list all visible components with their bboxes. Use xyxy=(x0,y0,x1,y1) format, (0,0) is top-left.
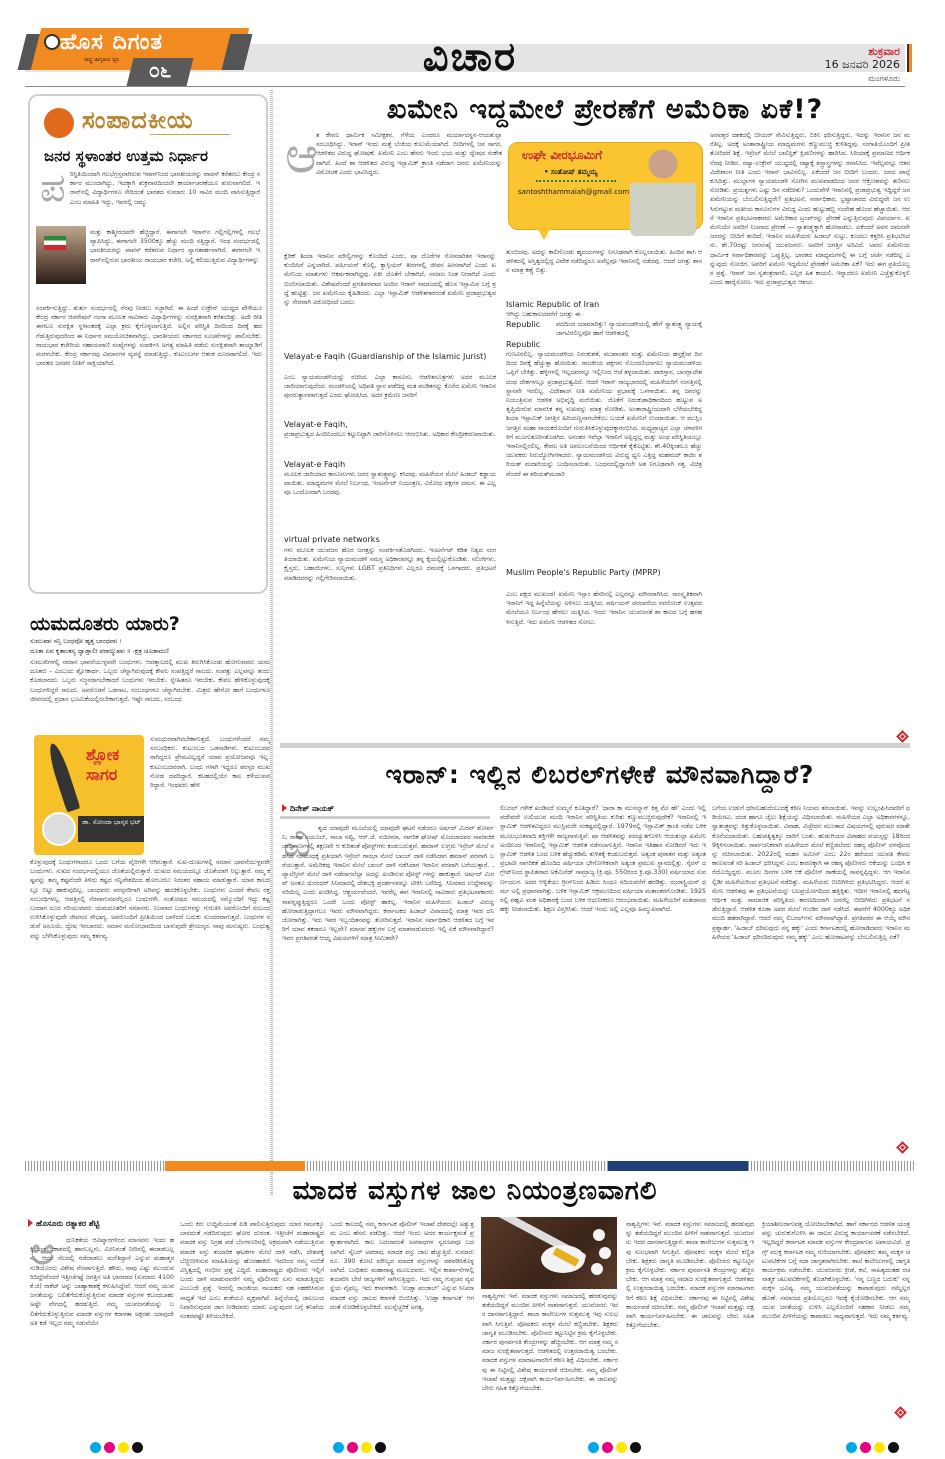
shloka-verse-2: ದೂತಾ ಏವ ಕೃತಾಂತಸ್ಯ ದ್ವಾಡ್ತಾಲೀ ಪರಾಙ್ಮುಖಾಃ … xyxy=(30,647,270,657)
story1-col1-e: ಗಳು ಮೂಲಕ ಯುವಜನ ಹೊರ ಜಗತ್ತನ್ನು ಸಂಪರ್ಕಿಸತೊಡ… xyxy=(284,546,496,738)
byline-rule xyxy=(280,816,490,819)
paper-name[interactable]: ಹೊಸ ದಿಗಂತ xyxy=(60,30,163,55)
end-of-article-icon xyxy=(896,730,909,743)
editorial-body-rest: ಸಂಪರ್ಕಿಸುತ್ತಿದ್ದು, ತುರ್ತು ಸಂದರ್ಭದಲ್ಲಿ ನೆ… xyxy=(36,304,262,588)
speech-bubble-tail xyxy=(536,226,552,240)
story1-latin-irr: Islamic Republic of Iran xyxy=(506,300,702,310)
story3-col3b: ನಾಶ್ವಪ್ತಿಗಳು ಇವೆ. ಮಾದಕ ವಸ್ತುಗಳು ಸಮಾಜದಲ್ಲ… xyxy=(482,1292,618,1406)
shloka-author: ಡಾ. ಸೋಂದಾ ಭಾಸ್ಕರ ಭಟ್ xyxy=(78,816,144,842)
story1-col1-d: ಮೂಲಕ ಜಾರಿಯಾದ ಕಾನೂನುಗಳು ಜನರ ಸ್ವಾತಂತ್ರ್ಯವನ… xyxy=(284,470,496,534)
story2-byline: ದಿನೇಶ್ ನಾಯಕ್ xyxy=(282,804,334,814)
story1-col1-c: ಪ್ರಜಾಪ್ರಭುತ್ವದ ಹಿಂದಿನಿಂದಲೂ ಕಟ್ಟುನಿಟ್ಟಾಗಿ… xyxy=(284,430,496,458)
story1-latin-republic: Republic xyxy=(506,320,556,330)
column-separator xyxy=(270,90,273,1195)
ornament-divider xyxy=(150,134,230,140)
story1-latin-vpn: virtual private networks xyxy=(284,535,496,545)
dotted-divider xyxy=(536,180,616,182)
story3-byline: ಹೊಸೂರು ರತ್ನಾಕರ ಶೆಟ್ಟಿ xyxy=(28,1219,99,1229)
iran-protest-photo xyxy=(36,226,86,284)
editorial-section-label: ಸಂಪಾದಕೀಯ xyxy=(82,106,194,134)
story1-col2-e: ಎಂಬ ಪಕ್ಷದ ಮುಖಂಡ! ಖಮೇನಿ ಇಸ್ಲಾಂ ಹೆಸರಿನಲ್ಲಿ… xyxy=(506,590,702,738)
story1-latin-mprp: Muslim People's Republic Party (MPRP) xyxy=(506,568,702,588)
registration-marks xyxy=(333,1442,386,1453)
columnist-photo xyxy=(630,140,696,236)
story2-col2: ಲಿಬರಲ್ ಗಳೇಕೆ ಖಂಡಿಸದೆ ಸುಮ್ಮನೆ ಕೂತಿದ್ದಾರೆ?… xyxy=(500,804,706,1152)
story1-col2-c: ಪದದಿಂದ ಯಾಮಾರಿತ್ತು! ನ್ಯಾಯಮಂಡಳಿಯಲ್ಲಿ ಹೇಗೆ … xyxy=(556,320,702,340)
drop-cap: ಪ xyxy=(40,168,66,208)
story1-col2-d: ಗುಣವಿರಲಿಲ್ಲ. ನ್ಯಾಯಮಂಡಳಿಯ ನಿರಂಕುಶತೆ, ಮುಖಾ… xyxy=(506,350,702,568)
story2-col3: ಬಗೆಯ ಉಡುಗೆ ಧರಿಸಬಹುದೆಂಬುದಕ್ಕೆ ಕಠಿಣ ನಿಯಮ ತ… xyxy=(712,804,910,1144)
registration-marks xyxy=(90,1442,143,1453)
shloka-body-rest: ಕೊಳ್ಳುವುದಕ್ಕೆ ಬಂಧುಗಳಾದರೂ ಒಂದು ಬಗೆಯ ವೈರಿಗ… xyxy=(30,858,270,1154)
section-stripe-bar xyxy=(25,1161,915,1171)
end-of-article-icon xyxy=(894,1406,907,1419)
story3-col5: ಕ್ರಿಯಾಶೀಲರಾಗುವತ್ತ ಯೋಚಿಸಬೇಕಾಗಿದೆ. ಹಾಗೆ ಸರ… xyxy=(762,1220,910,1396)
story2-headline[interactable]: ಇರಾನ್: ಇಲ್ಲಿನ ಲಿಬರಲ್‌ಗಳೇಕೆ ಮೌನವಾಗಿದ್ದಾರೆ… xyxy=(290,760,910,790)
paper-tagline: ರಾಷ್ಟ್ರ ಜಾಗೃತಿಯ ಧ್ವನಿ xyxy=(84,57,119,63)
story3-col4: ನಾಶ್ವಪ್ತಿಗಳು ಇವೆ. ಮಾದಕ ವಸ್ತುಗಳು ಸಮಾಜದಲ್ಲ… xyxy=(626,1220,754,1406)
story3-headline[interactable]: ಮಾದಕ ವಸ್ತುಗಳ ಜಾಲ ನಿಯಂತ್ರಣವಾಗಲಿ xyxy=(40,1176,910,1207)
shloka-body-beside: ಸುಮಧುರವಾಗಿರಬೇಕಾಗುತ್ತದೆ. ಬಂಧುಗಳೆಂದರೆ ನಮ್ಮ… xyxy=(150,735,270,855)
story1-latin-velayat: Velayat-e Faqih (Guardianship of the Isl… xyxy=(284,352,496,372)
header-accent-bar xyxy=(907,44,912,72)
shloka-badge-title: ಶ್ಲೋಕ ಸಾಗರ xyxy=(86,745,146,785)
issue-date: 16 ಜನವರಿ 2026 xyxy=(760,58,900,72)
story1-col2-b: ಆಗಿದ್ದು ಬಹುಕಾಲದವರೆಗೆ ಜಗತ್ತು ಈ xyxy=(506,310,702,320)
shloka-headline[interactable]: ಯಮದೂತರು ಯಾರು? xyxy=(30,613,180,635)
issue-day: ಶುಕ್ರವಾರ xyxy=(790,45,900,59)
story1-latin-velayat-2: Velayat-e Faqih, xyxy=(284,420,496,430)
story1-col3: ಅರವತ್ತರ ದಶಕದಲ್ಲಿ ಬೀಯರ್ ಸೇವಿಸುತ್ತಿದ್ದರು, … xyxy=(710,131,910,731)
iran-flag-icon xyxy=(44,236,66,250)
story1-col1-a: ಕ್ಲೆರಿಕ್ ಶಿಯಾ ಇರಾನಿನ ಮೌಲ್ವಿಗಳನ್ನು ಕೊಂದಿದ… xyxy=(284,252,496,352)
drugs-photo xyxy=(481,1217,617,1289)
paper-emblem-icon xyxy=(44,34,60,50)
editorial-body-intro: ರಿಸ್ಥಿತಿಯಿಂದಾಗಿ ಗಲಭೆಗ್ರಸ್ತವಾಗಿರುವ ಇರಾನ್‌… xyxy=(70,170,260,226)
column-name: ಉಘೇ ವೀರಭೂಮಿಗೆ xyxy=(522,148,602,163)
editorial-emblem-icon xyxy=(44,108,74,138)
editorial-headline[interactable]: ಜನರ ಸ್ಥಳಾಂತರ ಉತ್ತಮ ನಿರ್ಧಾರ xyxy=(44,147,208,165)
story-separator xyxy=(280,743,910,748)
story3-col3: ಒಂದು ಕಾಲದಲ್ಲಿ ನಮ್ಮ ಕರ್ನಾಟಕ ಪೊಲೀಸ್ ಇಲಾಖೆ … xyxy=(330,1220,474,1406)
columnist-email[interactable]: santoshthammaiah@gmail.com xyxy=(518,188,629,196)
story1-latin-velayat-3: Velayat-e Faqih xyxy=(284,460,496,470)
story3-col1: ಧುನಿಕತೆಯ ಆವಿಷ್ಕಾರಗಳಿಂದ ಮಾನವನು ಇಂದು ಹಕ್ಕಿ… xyxy=(30,1236,174,1406)
edition-city: ಮಂಗಳೂರು xyxy=(790,74,900,84)
story1-drop-cap: ಆ xyxy=(285,130,318,180)
pill-icon xyxy=(593,1229,605,1241)
story1-col1-top: ತ ಕೇವಲ ಧಾರ್ಮಿಕ ಸಮೀಕ್ಷಕನ, ಗೆಳೆಯ ಎಂದರೂ ಮರ್… xyxy=(316,131,502,251)
pill-icon xyxy=(591,1263,603,1275)
pill-icon xyxy=(599,1247,611,1259)
page-number: ೦೬ xyxy=(140,58,180,82)
stripe-orange-segment xyxy=(165,1161,305,1171)
story1-headline[interactable]: ಖಮೇನಿ ಇದ್ದಮೇಲೆ ಪ್ರೇರಣೆಗೆ ಅಮೆರಿಕಾ ಏಕೆ!? xyxy=(300,94,910,126)
section-title: ವಿಚಾರ xyxy=(260,34,680,80)
registration-marks xyxy=(588,1442,641,1453)
story1-col1-b: ಎಂಬ ನ್ಯಾಯಮಂಡಳಿಯನ್ನು ರಚಿಸಿದ. ಎಲ್ಲಾ ಕಾನೂನು… xyxy=(284,373,496,419)
editorial-body-middle: ಮತ್ತು ಕಾಶ್ಮೀರದವರೇ ಹೆಚ್ಚಿದ್ದಾರೆ. ಈಗಾಗಲೇ ಇ… xyxy=(90,228,260,302)
story2-col1: ಶ್ವದ ಯಾವುದೇ ಮೂಲೆಯಲ್ಲಿ ಯಾವುದೇ ಘಟನೆ ನಡೆದರೂ… xyxy=(282,824,494,1152)
shloka-verse-1: ಸುಮುಖಾಃ ಸನ್ತಿ ಬಂಧವೋ ಹೃತ್ತ ಬಾಂಧವಾಃ । xyxy=(30,637,270,647)
registration-marks xyxy=(846,1442,899,1453)
columnist-name: • ಸಂತೋಷ್ ತಮ್ಮಯ್ಯ xyxy=(544,168,597,177)
stripe-blue-segment xyxy=(608,1161,748,1171)
story1-col2-a: ತುಂಬಿದವು. ಅದನ್ನು ಕಾಲಿಗೊಂಡು ಹೃದಯಗಳನ್ನು ನಿ… xyxy=(506,248,702,300)
shloka-body-intro: ಸುಮುಖಿಗಳಲ್ಲಿ ಸಮಾನ ಭಾವನೆಯುಳ್ಳವರೇ ಬಂಧುಗಳು.… xyxy=(30,658,270,732)
story1-latin-republic-2: Republic xyxy=(506,340,556,350)
story3-col2: ಒಂದು ಕಿರು ಉದ್ದಿಮೆಯಂತೆ ಪಿಡಿ ಪಾಲಿಸುತ್ತಿರುವ… xyxy=(180,1220,324,1406)
header-rule xyxy=(25,86,905,87)
author-avatar xyxy=(42,812,76,846)
